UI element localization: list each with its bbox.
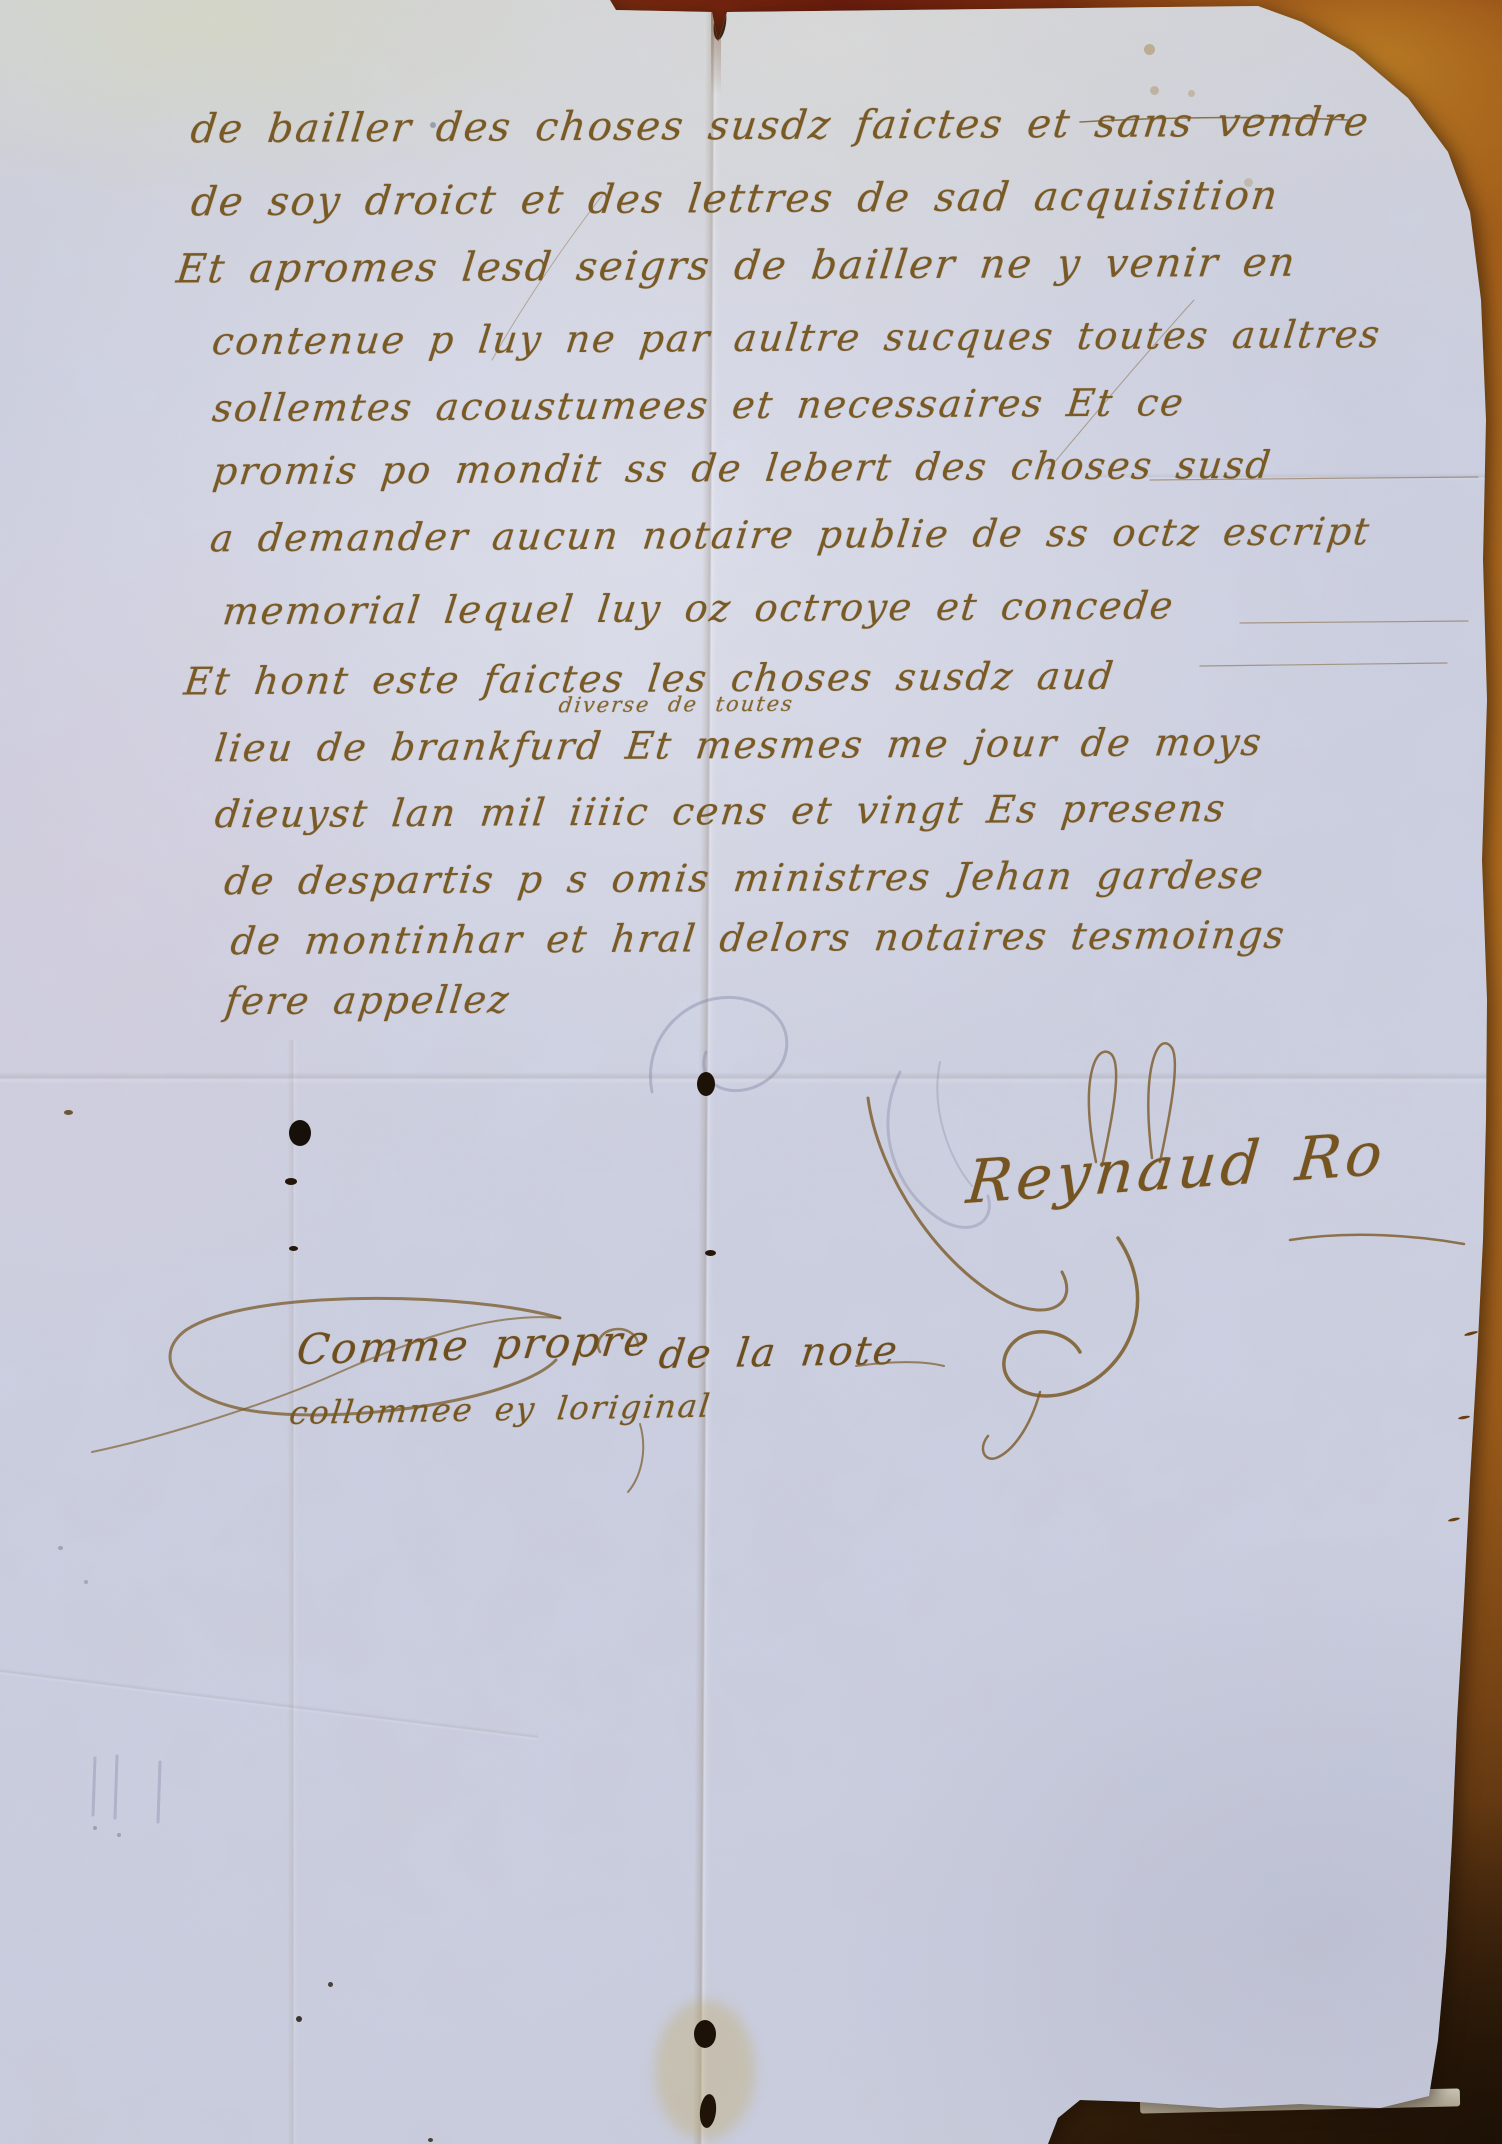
manuscript-photo: de bailler des choses susdz faictes et s… bbox=[0, 0, 1502, 2144]
main-text-block: de bailler des choses susdz faictes et s… bbox=[0, 0, 1502, 2144]
speck bbox=[64, 1110, 73, 1115]
text-line: contenue p luy ne par aultre sucques tou… bbox=[210, 312, 1384, 363]
speck bbox=[430, 122, 436, 128]
collation-note-line1: Comme propre bbox=[294, 1316, 653, 1374]
ink-hole bbox=[289, 1120, 311, 1146]
speck bbox=[328, 1982, 333, 1987]
text-line: fere appellez bbox=[223, 977, 513, 1023]
ink-hole bbox=[289, 1246, 298, 1251]
paper-sheet-wrap: de bailler des choses susdz faictes et s… bbox=[0, 0, 1502, 2144]
interlinear-addition: diverse de toutes bbox=[557, 692, 795, 717]
speck bbox=[1150, 86, 1159, 95]
speck bbox=[1144, 44, 1155, 55]
speck bbox=[117, 1833, 121, 1837]
speck bbox=[84, 1580, 88, 1584]
collation-note-line1-right: de la note bbox=[656, 1328, 901, 1378]
text-line: de bailler des choses susdz faictes et s… bbox=[188, 99, 1372, 152]
text-line: de soy droict et des lettres de sad acqu… bbox=[189, 173, 1282, 226]
speck bbox=[58, 1546, 63, 1550]
speck bbox=[1188, 90, 1195, 97]
speck bbox=[1244, 178, 1253, 187]
text-line: memorial lequel luy oz octroye et conced… bbox=[220, 583, 1177, 633]
text-line: Et apromes lesd seigrs de bailler ne y v… bbox=[174, 240, 1299, 293]
text-line: dieuyst lan mil iiiic cens et vingt Es p… bbox=[213, 786, 1229, 836]
fold-hole bbox=[694, 2020, 716, 2048]
ink-hole bbox=[697, 1072, 715, 1096]
text-line: promis po mondit ss de lebert des choses… bbox=[211, 443, 1275, 494]
text-line: a demander aucun notaire publie de ss oc… bbox=[208, 509, 1373, 560]
paper-sheet: de bailler des choses susdz faictes et s… bbox=[0, 0, 1502, 2144]
speck bbox=[93, 1826, 97, 1830]
text-line: lieu de brankfurd Et mesmes me jour de m… bbox=[212, 720, 1265, 770]
speck bbox=[428, 2138, 433, 2142]
speck bbox=[296, 2016, 302, 2022]
ink-hole bbox=[705, 1250, 716, 1256]
text-line: sollemtes acoustumees et necessaires Et … bbox=[210, 380, 1187, 430]
collation-note-line2: collomnee ey loriginal bbox=[287, 1387, 713, 1432]
ink-hole bbox=[285, 1178, 297, 1185]
text-line: de montinhar et hral delors notaires tes… bbox=[228, 913, 1288, 963]
text-line: de despartis p s omis ministres Jehan ga… bbox=[222, 853, 1267, 903]
